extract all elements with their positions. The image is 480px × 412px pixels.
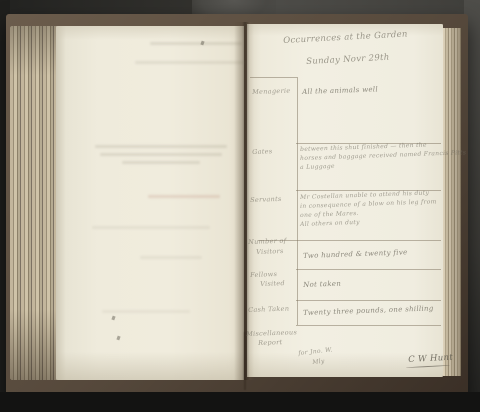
row-label: Cash Taken (248, 305, 289, 315)
table-row-line (296, 300, 441, 301)
ghost-text-line (100, 153, 222, 156)
background-bottom (0, 392, 480, 412)
right-page-edges (443, 28, 461, 376)
table-column-divider (297, 77, 298, 325)
ghost-text-line (102, 310, 190, 313)
ghost-text-line (122, 161, 200, 164)
row-label: Gates (252, 147, 273, 156)
table-line-top (250, 77, 297, 78)
table-row-line (296, 269, 441, 270)
ghost-text-line (92, 226, 210, 229)
ghost-text-line (148, 195, 220, 198)
spine-crease (244, 332, 246, 390)
row-label: Number of (248, 237, 287, 246)
ghost-text-line (140, 256, 202, 259)
row-label: Menagerie (252, 87, 291, 96)
ghost-text-line (135, 61, 245, 64)
row-label: Fellows (250, 270, 277, 279)
footer-note: Mly (312, 358, 325, 367)
row-entry: Not taken (303, 280, 341, 290)
misc-report-label: Report (258, 338, 283, 347)
table-line-bottom (296, 325, 441, 326)
left-page-edges (10, 26, 58, 380)
row-label: Visitors (256, 247, 284, 256)
ledger-photo: Occurrences at the Garden Sunday Novr 29… (0, 0, 480, 412)
row-label: Visited (260, 279, 285, 288)
ghost-text-line (95, 145, 227, 148)
row-entry: a Luggage (300, 163, 335, 172)
ghost-text-line (150, 42, 242, 45)
left-page (56, 26, 244, 380)
row-label: Servants (250, 195, 282, 204)
